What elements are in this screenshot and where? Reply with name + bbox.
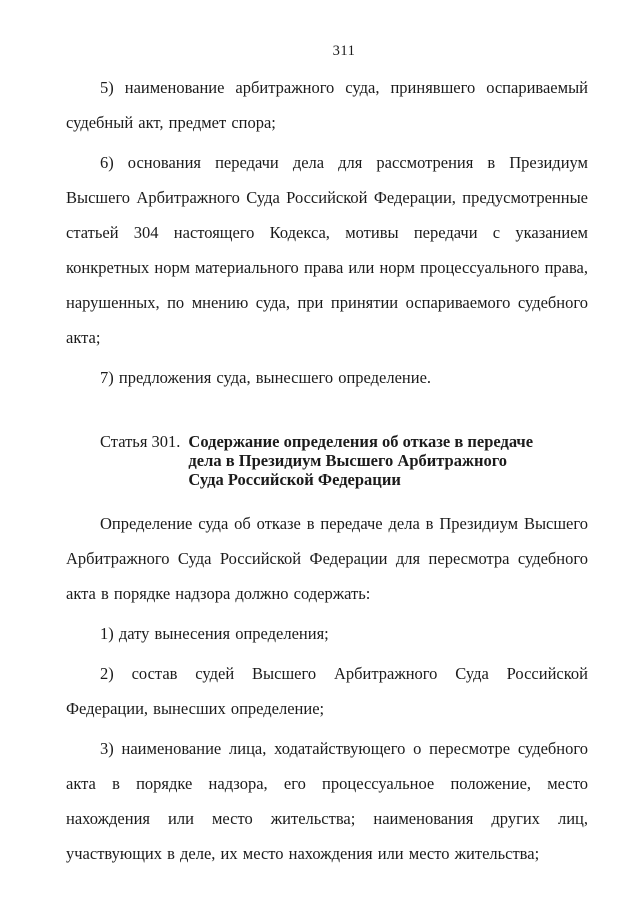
article-heading: Статья 301. Содержание определения об от… bbox=[66, 432, 588, 489]
article-body-intro-paragraph: Определение суда об отказе в передаче де… bbox=[66, 506, 588, 611]
clause-paragraph-7: 7) предложения суда, вынесшего определен… bbox=[66, 360, 588, 395]
clause-paragraph-5: 5) наименование арбитражного суда, приня… bbox=[66, 70, 588, 140]
clause-paragraph-3: 3) наименование лица, ходатайствующего о… bbox=[66, 731, 588, 871]
document-page: 311 5) наименование арбитражного суда, п… bbox=[0, 0, 640, 905]
article-title-line-1: Содержание определения об отказе в перед… bbox=[188, 432, 533, 451]
article-title: Содержание определения об отказе в перед… bbox=[188, 432, 533, 489]
clause-paragraph-2: 2) состав судей Высшего Арбитражного Суд… bbox=[66, 656, 588, 726]
clause-paragraph-6: 6) основания передачи дела для рассмотре… bbox=[66, 145, 588, 355]
article-title-line-2: дела в Президиум Высшего Арбитражного bbox=[188, 451, 533, 470]
article-title-line-3: Суда Российской Федерации bbox=[188, 470, 533, 489]
clause-paragraph-1: 1) дату вынесения определения; bbox=[66, 616, 588, 651]
article-number-label: Статья 301. bbox=[100, 432, 188, 451]
page-number: 311 bbox=[66, 42, 588, 60]
